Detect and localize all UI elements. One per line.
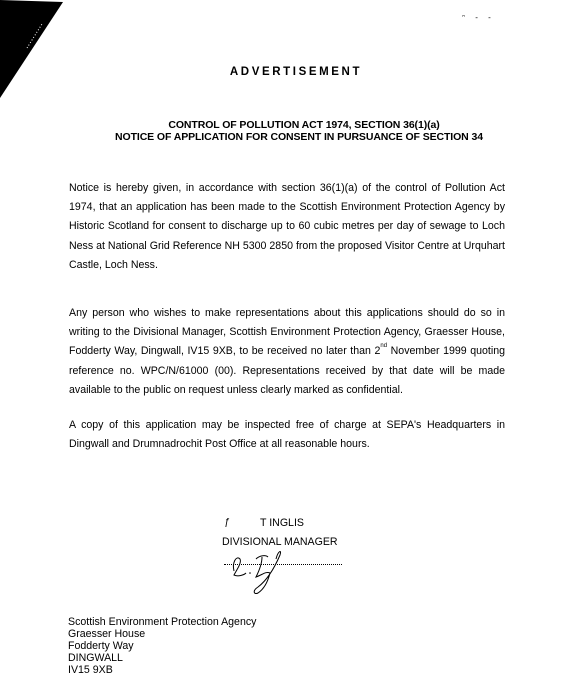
address-line-building: Graesser House <box>68 628 256 640</box>
paragraph-inspection: A copy of this application may be inspec… <box>69 416 505 454</box>
paragraph-representations: Any person who wishes to make representa… <box>69 304 505 400</box>
heading-notice: NOTICE OF APPLICATION FOR CONSENT IN PUR… <box>0 131 584 143</box>
address-line-street: Fodderty Way <box>68 640 256 652</box>
scan-specks: ᵔ - - <box>462 13 495 22</box>
signature-mark: ƒ <box>224 517 230 528</box>
scan-artifact-corner <box>0 0 64 100</box>
signatory-name: T INGLIS <box>260 517 304 529</box>
address-line-postcode: IV15 9XB <box>68 664 256 676</box>
heading-act: CONTROL OF POLLUTION ACT 1974, SECTION 3… <box>0 119 584 131</box>
address-line-agency: Scottish Environment Protection Agency <box>68 616 256 628</box>
document-title: ADVERTISEMENT <box>0 66 584 78</box>
paragraph-notice: Notice is hereby given, in accordance wi… <box>69 179 505 275</box>
address-line-town: DINGWALL <box>68 652 256 664</box>
agency-address: Scottish Environment Protection Agency G… <box>68 616 256 676</box>
handwritten-signature <box>228 545 308 600</box>
